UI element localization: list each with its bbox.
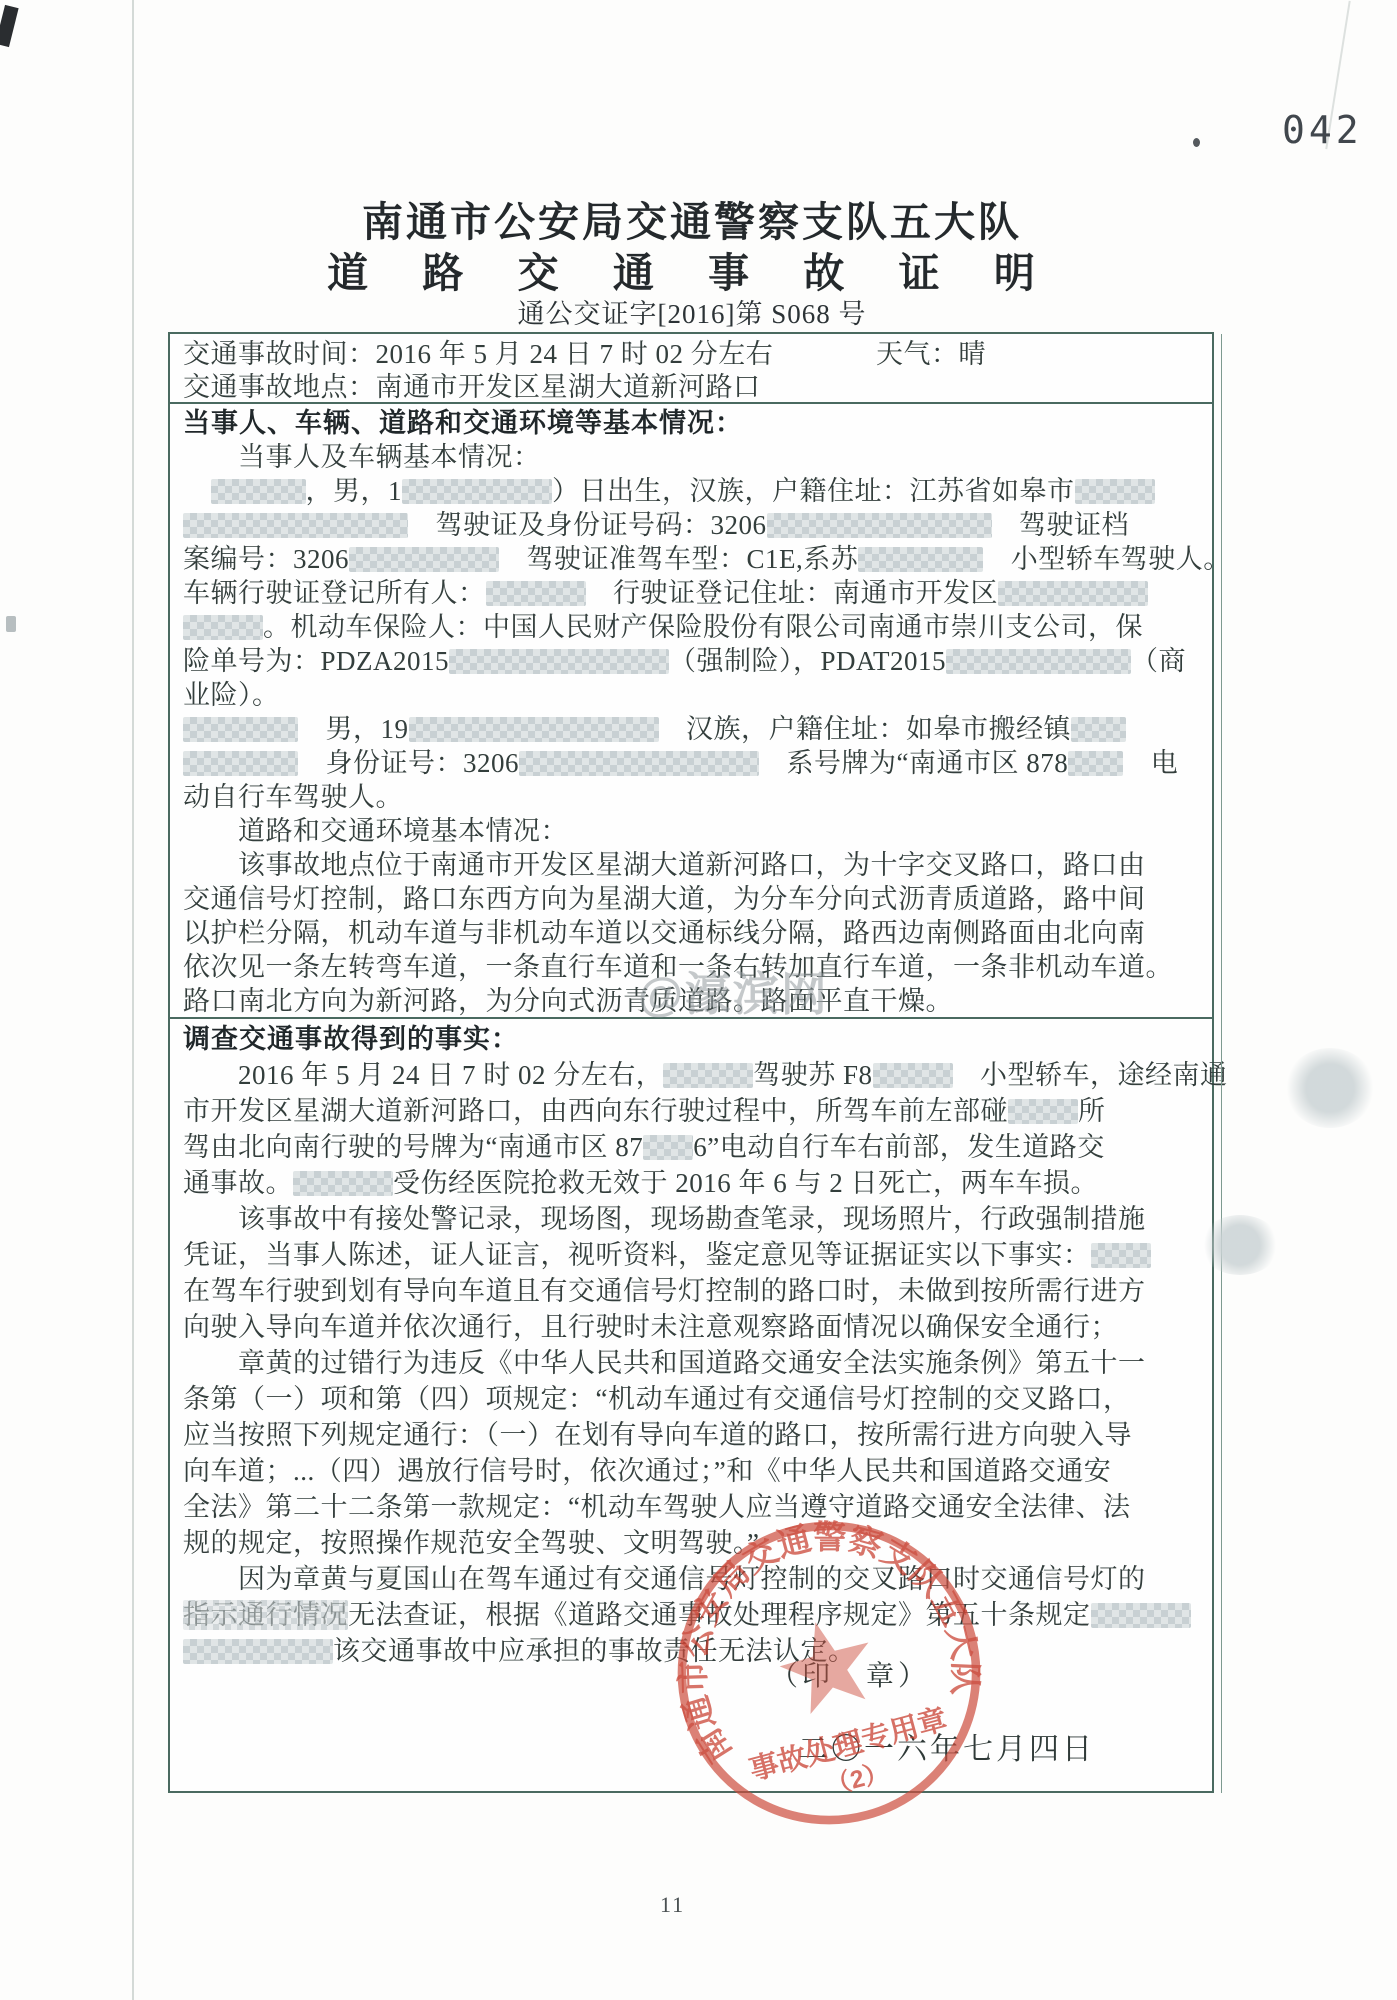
redacted-blur <box>519 751 759 776</box>
text-segment: 市开发区星湖大道新河路口，由西向东行驶过程中，所驾车前左部碰 <box>183 1096 1008 1126</box>
redacted-blur <box>183 615 263 640</box>
redacted-blur <box>1075 479 1155 504</box>
document-line: 男，19 汉族，户籍住址：如皋市搬经镇 <box>183 712 1199 746</box>
document-line: 章黄的过错行为违反《中华人民共和国道路交通安全法实施条例》第五十一 <box>183 1345 1199 1381</box>
table-outer-rule <box>1221 334 1222 1793</box>
text-segment: 男，19 <box>298 714 409 744</box>
redacted-blur <box>1071 717 1126 742</box>
basic-situation-lines: 当事人及车辆基本情况： ，男，1）日出生，汉族，户籍住址：江苏省如皋市 驾驶证及… <box>183 440 1199 1018</box>
basic-situation-section: 当事人、车辆、道路和交通环境等基本情况： 当事人及车辆基本情况： ，男，1）日出… <box>170 404 1212 1019</box>
document-line: 全法》第二十二条第一款规定：“机动车驾驶人应当遵守道路交通安全法律、法 <box>183 1489 1199 1525</box>
redacted-blur <box>643 1135 693 1160</box>
forum-watermark: @濠滨网 <box>638 958 829 1024</box>
text-segment: 驾驶苏 F8 <box>753 1060 872 1090</box>
redacted-blur <box>183 717 298 742</box>
text-segment: 交通信号灯控制，路口东西方向为星湖大道，为分车分向式沥青质道路，路中间 <box>183 884 1146 914</box>
accident-time-label: 交通事故时间： <box>183 339 376 369</box>
document-line: 业险）。 <box>183 678 1199 712</box>
scan-edge-mark <box>6 616 16 632</box>
document-line: ，男，1）日出生，汉族，户籍住址：江苏省如皋市 <box>183 474 1199 508</box>
text-segment: 当事人及车辆基本情况： <box>183 442 541 472</box>
redacted-blur <box>998 581 1148 606</box>
redacted-blur <box>349 547 499 572</box>
document-line: 险单号为：PDZA2015（强制险），PDAT2015（商 <box>183 644 1199 678</box>
smudged-text: 指示通行情况 <box>183 1600 348 1630</box>
text-segment: 动自行车驾驶人。 <box>183 782 403 812</box>
document-line: 案编号：3206 驾驶证准驾车型：C1E,系苏 小型轿车驾驶人。 <box>183 542 1199 576</box>
redacted-blur <box>183 513 408 538</box>
redacted-blur <box>858 547 983 572</box>
document-line: 向驶入导向车道并依次通行，且行驶时未注意观察路面情况以确保安全通行； <box>183 1309 1199 1345</box>
document-line: 以护栏分隔，机动车道与非机动车道以交通标线分隔，路西边南侧路面由北向南 <box>183 916 1199 950</box>
text-segment: 驾驶证准驾车型：C1E,系苏 <box>499 544 858 574</box>
text-segment: 条第（一）项和第（四）项规定：“机动车通过有交通信号灯控制的交叉路口， <box>183 1384 1130 1414</box>
document-number: 通公交证字[2016]第 S068 号 <box>170 292 1214 331</box>
redacted-blur <box>183 751 298 776</box>
redacted-blur <box>409 717 659 742</box>
section-heading-facts: 调查交通事故得到的事实： <box>183 1021 1199 1057</box>
text-segment: 所 <box>1078 1096 1106 1126</box>
redacted-blur <box>663 1063 753 1088</box>
document-line: 身份证号：3206 系号牌为“南通市区 878 电 <box>183 746 1199 780</box>
accident-time-location-row: 交通事故时间：2016 年 5 月 24 日 7 时 02 分左右天气：晴 交通… <box>170 334 1212 404</box>
text-segment: 章黄的过错行为违反《中华人民共和国道路交通安全法实施条例》第五十一 <box>183 1348 1146 1378</box>
text-segment: 向驶入导向车道并依次通行，且行驶时未注意观察路面情况以确保安全通行； <box>183 1312 1118 1342</box>
document-line: 驾驶证及身份证号码：3206 驾驶证档 <box>183 508 1199 542</box>
document-line: 当事人及车辆基本情况： <box>183 440 1199 474</box>
redacted-blur <box>449 649 669 674</box>
section-heading-basic-situation: 当事人、车辆、道路和交通环境等基本情况： <box>183 406 1199 440</box>
scan-corner-mark <box>0 5 19 47</box>
text-segment: 路口南北方向为新河路，为分向式沥青质道路。路面平直干燥。 <box>183 986 953 1016</box>
weather-label: 天气： <box>876 339 959 369</box>
archive-page-stamp: 042 <box>1282 108 1363 152</box>
text-segment: 道路和交通环境基本情况： <box>183 816 568 846</box>
text-segment: 汉族，户籍住址：如皋市搬经镇 <box>659 714 1072 744</box>
document-title: 道 路 交 通 事 故 证 明 <box>170 240 1214 299</box>
redaction-smudge <box>1285 1048 1375 1128</box>
text-segment: ，男，1 <box>306 476 403 506</box>
redaction-smudge <box>1200 1215 1280 1275</box>
accident-time-line: 交通事故时间：2016 年 5 月 24 日 7 时 02 分左右天气：晴 <box>183 338 1199 371</box>
document-line: 。机动车保险人：中国人民财产保险股份有限公司南通市崇川支公司，保 <box>183 610 1199 644</box>
accident-location-label: 交通事故地点： <box>183 372 376 402</box>
text-segment: 该事故中有接处警记录，现场图，现场勘查笔录，现场照片，行政强制措施 <box>183 1204 1146 1234</box>
document-line: 条第（一）项和第（四）项规定：“机动车通过有交通信号灯控制的交叉路口， <box>183 1381 1199 1417</box>
text-segment: （强制险），PDAT2015 <box>669 646 946 676</box>
redacted-blur <box>402 479 552 504</box>
document-line: 通事故。受伤经医院抢救无效于 2016 年 6 与 2 日死亡，两车车损。 <box>183 1165 1199 1201</box>
text-segment: 系号牌为“南通市区 878 <box>759 748 1068 778</box>
redacted-blur <box>211 479 306 504</box>
text-segment: 凭证，当事人陈述，证人证言，视听资料，鉴定意见等证据证实以下事实： <box>183 1240 1091 1270</box>
text-segment: 驾驶证档 <box>992 510 1130 540</box>
text-segment: 驾驶证及身份证号码：3206 <box>408 510 767 540</box>
document-line: 2016 年 5 月 24 日 7 时 02 分左右，驾驶苏 F8 小型轿车，途… <box>183 1057 1199 1093</box>
document-line: 道路和交通环境基本情况： <box>183 814 1199 848</box>
document-line: 在驾车行驶到划有导向车道且有交通信号灯控制的路口时，未做到按所需行进方 <box>183 1273 1199 1309</box>
text-segment: （商 <box>1131 646 1186 676</box>
accident-location-value: 南通市开发区星湖大道新河路口 <box>376 372 761 402</box>
document-line: 车辆行驶证登记所有人： 行驶证登记住址：南通市开发区 <box>183 576 1199 610</box>
text-segment: 小型轿车驾驶人。 <box>983 544 1231 574</box>
document-line: 该事故地点位于南通市开发区星湖大道新河路口，为十字交叉路口，路口由 <box>183 848 1199 882</box>
text-segment: 受伤经医院抢救无效于 2016 年 6 与 2 日死亡，两车车损。 <box>393 1168 1098 1198</box>
document-line: 市开发区星湖大道新河路口，由西向东行驶过程中，所驾车前左部碰所 <box>183 1093 1199 1129</box>
document-line: 该事故中有接处警记录，现场图，现场勘查笔录，现场照片，行政强制措施 <box>183 1201 1199 1237</box>
page-fold-line <box>132 0 134 2000</box>
text-segment: 小型轿车，途经南通 <box>953 1060 1228 1090</box>
text-segment: 驾由北向南行驶的号牌为“南通市区 87 <box>183 1132 643 1162</box>
text-segment: 6”电动自行车右前部，发生道路交 <box>693 1132 1104 1162</box>
text-segment: 应当按照下列规定通行：（一）在划有导向车道的路口，按所需行进方向驶入导 <box>183 1420 1132 1450</box>
redacted-blur <box>946 649 1131 674</box>
text-segment: 险单号为：PDZA2015 <box>183 646 449 676</box>
redacted-blur <box>1091 1243 1151 1268</box>
accident-location-line: 交通事故地点：南通市开发区星湖大道新河路口 <box>183 371 1199 404</box>
document-line: 驾由北向南行驶的号牌为“南通市区 876”电动自行车右前部，发生道路交 <box>183 1129 1199 1165</box>
text-segment: 电 <box>1123 748 1178 778</box>
weather-value: 晴 <box>959 339 987 369</box>
seal-star-icon <box>771 1610 882 1718</box>
document-line: 向车道；...（四）遇放行信号时，依次通过；”和《中华人民共和国道路交通安 <box>183 1453 1199 1489</box>
text-segment: 在驾车行驶到划有导向车道且有交通信号灯控制的路口时，未做到按所需行进方 <box>183 1276 1146 1306</box>
redacted-blur <box>1091 1603 1191 1628</box>
redacted-blur <box>873 1063 953 1088</box>
document-line: 凭证，当事人陈述，证人证言，视听资料，鉴定意见等证据证实以下事实： <box>183 1237 1199 1273</box>
redacted-blur <box>1008 1099 1078 1124</box>
redacted-blur <box>486 581 586 606</box>
redacted-blur <box>767 513 992 538</box>
accident-time-value: 2016 年 5 月 24 日 7 时 02 分左右 <box>376 339 774 369</box>
page-number: 11 <box>660 1892 685 1918</box>
text-segment: 以护栏分隔，机动车道与非机动车道以交通标线分隔，路西边南侧路面由北向南 <box>183 918 1146 948</box>
text-segment: 全法》第二十二条第一款规定：“机动车驾驶人应当遵守道路交通安全法律、法 <box>183 1492 1130 1522</box>
text-segment: 案编号：3206 <box>183 544 349 574</box>
text-segment: ）日出生，汉族，户籍住址：江苏省如皋市 <box>552 476 1075 506</box>
text-segment: 行驶证登记住址：南通市开发区 <box>586 578 999 608</box>
text-segment: 2016 年 5 月 24 日 7 时 02 分左右， <box>183 1060 663 1090</box>
redacted-blur <box>183 1639 333 1664</box>
text-segment: 向车道；...（四）遇放行信号时，依次通过；”和《中华人民共和国道路交通安 <box>183 1456 1111 1486</box>
text-segment <box>183 476 211 506</box>
document-line: 动自行车驾驶人。 <box>183 780 1199 814</box>
text-segment: 该事故地点位于南通市开发区星湖大道新河路口，为十字交叉路口，路口由 <box>183 850 1146 880</box>
text-segment: 车辆行驶证登记所有人： <box>183 578 486 608</box>
redacted-blur <box>293 1171 393 1196</box>
ink-dot <box>1193 138 1200 147</box>
text-segment: 业险）。 <box>183 680 280 710</box>
text-segment: 。机动车保险人：中国人民财产保险股份有限公司南通市崇川支公司，保 <box>263 612 1143 642</box>
document-line: 应当按照下列规定通行：（一）在划有导向车道的路口，按所需行进方向驶入导 <box>183 1417 1199 1453</box>
scanned-document-page: { "page": { "corner_number": "042", "pag… <box>0 0 1397 2000</box>
redacted-blur <box>1068 751 1123 776</box>
text-segment: 身份证号：3206 <box>298 748 519 778</box>
text-segment: 通事故。 <box>183 1168 293 1198</box>
document-line: 交通信号灯控制，路口东西方向为星湖大道，为分车分向式沥青质道路，路中间 <box>183 882 1199 916</box>
weather-line: 天气：晴 <box>876 338 986 371</box>
